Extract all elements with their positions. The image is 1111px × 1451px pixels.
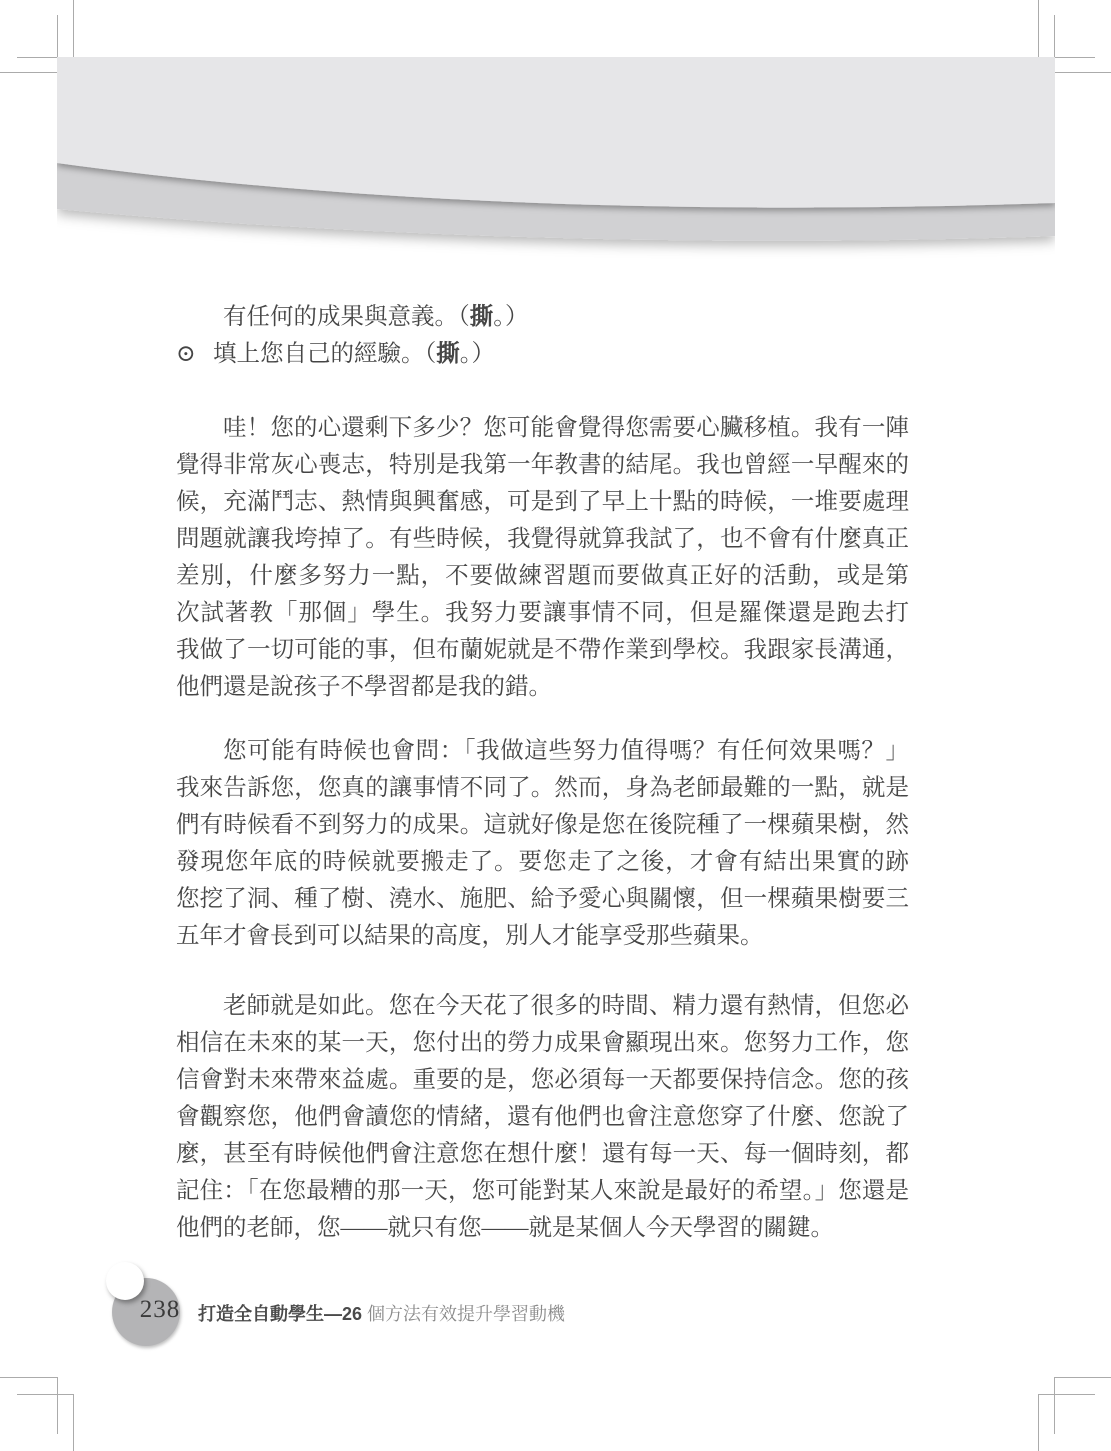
- paragraph: 老師就是如此。您在今天花了很多的時間、精力還有熱情，但您必須 相信在未來的某一天…: [176, 988, 909, 1247]
- crop-mark-line: [1038, 0, 1039, 57]
- text-segment: 有任何的成果與意義。（: [223, 304, 470, 330]
- book-title: 打造全自動學生—26 個方法有效提升學習動機: [198, 1303, 565, 1325]
- text-line: 差別，什麼多努力一點，不要做練習題而要做真正好的活動，或是第 100: [176, 558, 909, 595]
- text-line: 們有時候看不到努力的成果。這就好像是您在後院種了一棵蘋果樹，然後: [176, 807, 909, 844]
- text-line: 您挖了洞、種了樹、澆水、施肥、給予愛心與關懷，但一棵蘋果樹要三到: [176, 881, 909, 918]
- text-line: 候，充滿鬥志、熱情與興奮感，可是到了早上十點的時候，一堆要處理的: [176, 484, 909, 521]
- text-line: 哇！您的心還剩下多少？您可能會覺得您需要心臟移植。我有一陣子: [176, 410, 909, 447]
- text-line: 記住：「在您最糟的那一天，您可能對某人來說是最好的希望。」您還是: [176, 1173, 909, 1210]
- text-segment-bold: 撕: [436, 341, 460, 367]
- crop-mark-line: [1038, 1394, 1095, 1395]
- text-line: 我來告訴您，您真的讓事情不同了。然而，身為老師最難的一點，就是我: [176, 770, 909, 807]
- text-line: 他們還是說孩子不學習都是我的錯。: [176, 669, 909, 706]
- crop-mark-line: [1054, 1377, 1111, 1378]
- crop-mark-line: [57, 1377, 58, 1434]
- crop-mark-line: [17, 1394, 73, 1395]
- text-line: 老師就是如此。您在今天花了很多的時間、精力還有熱情，但您必須: [176, 988, 909, 1025]
- page-number: 238: [136, 1296, 184, 1324]
- text-line: 有任何的成果與意義。（撕。）: [176, 299, 909, 336]
- text-line: 信會對未來帶來益處。重要的是，您必須每一天都要保持信念。您的孩子: [176, 1062, 909, 1099]
- text-line: 五年才會長到可以結果的高度，別人才能享受那些蘋果。: [176, 918, 909, 955]
- crop-mark-line: [73, 0, 74, 57]
- text-line: 會觀察您，他們會讀您的情緒，還有他們也會注意您穿了什麼、您說了什: [176, 1099, 909, 1136]
- text-line: 麼，甚至有時候他們會注意您在想什麼！還有每一天、每一個時刻，都要: [176, 1136, 909, 1173]
- crop-mark-line: [1038, 1394, 1039, 1451]
- body-text: 有任何的成果與意義。（撕。） ⊙填上您自己的經驗。（撕。） 哇！您的心還剩下多少…: [176, 299, 909, 1247]
- book-title-subtitle: 個方法有效提升學習動機: [362, 1304, 565, 1324]
- text-segment: 填上您自己的經驗。（: [213, 341, 436, 367]
- header-curve-graphic: [57, 57, 1055, 267]
- intro-block: 有任何的成果與意義。（撕。） ⊙填上您自己的經驗。（撕。）: [176, 299, 909, 373]
- text-line: 問題就讓我垮掉了。有些時候，我覺得就算我試了，也不會有什麼真正的: [176, 521, 909, 558]
- text-line: 發現您年底的時候就要搬走了。要您走了之後，才會有結出果實的跡象。: [176, 844, 909, 881]
- book-title-bold: 打造全自動學生—26: [198, 1304, 362, 1324]
- crop-mark-line: [0, 1377, 57, 1378]
- book-page: 有任何的成果與意義。（撕。） ⊙填上您自己的經驗。（撕。） 哇！您的心還剩下多少…: [0, 0, 1111, 1451]
- text-line: 覺得非常灰心喪志，特別是我第一年教書的結尾。我也曾經一早醒來的時: [176, 447, 909, 484]
- paragraph: 哇！您的心還剩下多少？您可能會覺得您需要心臟移植。我有一陣子 覺得非常灰心喪志，…: [176, 410, 909, 706]
- crop-mark-line: [1054, 1377, 1055, 1434]
- text-segment: 。）: [493, 304, 528, 330]
- text-line: 次試著教「那個」學生。我努力要讓事情不同，但是羅傑還是跑去打架。: [176, 595, 909, 632]
- decorative-white-circle: [106, 1262, 144, 1300]
- crop-mark-line: [0, 72, 57, 73]
- text-line: 您可能有時候也會問：「我做這些努力值得嗎？有任何效果嗎？」讓: [176, 733, 909, 770]
- text-line: 相信在未來的某一天，您付出的勞力成果會顯現出來。您努力工作，您相: [176, 1025, 909, 1062]
- text-line: 我做了一切可能的事，但布蘭妮就是不帶作業到學校。我跟家長溝通，但: [176, 632, 909, 669]
- text-line: 他們的老師，您——就只有您——就是某個人今天學習的關鍵。: [176, 1210, 909, 1247]
- bullet-circle-dot-icon: ⊙: [176, 336, 213, 373]
- text-segment-bold: 撕: [470, 304, 494, 330]
- text-line: ⊙填上您自己的經驗。（撕。）: [176, 336, 909, 373]
- paragraph: 您可能有時候也會問：「我做這些努力值得嗎？有任何效果嗎？」讓 我來告訴您，您真的…: [176, 733, 909, 955]
- crop-mark-line: [73, 1394, 74, 1451]
- text-segment: 。）: [460, 341, 495, 367]
- crop-mark-line: [1054, 72, 1111, 73]
- header-curve-decoration: [57, 57, 1055, 267]
